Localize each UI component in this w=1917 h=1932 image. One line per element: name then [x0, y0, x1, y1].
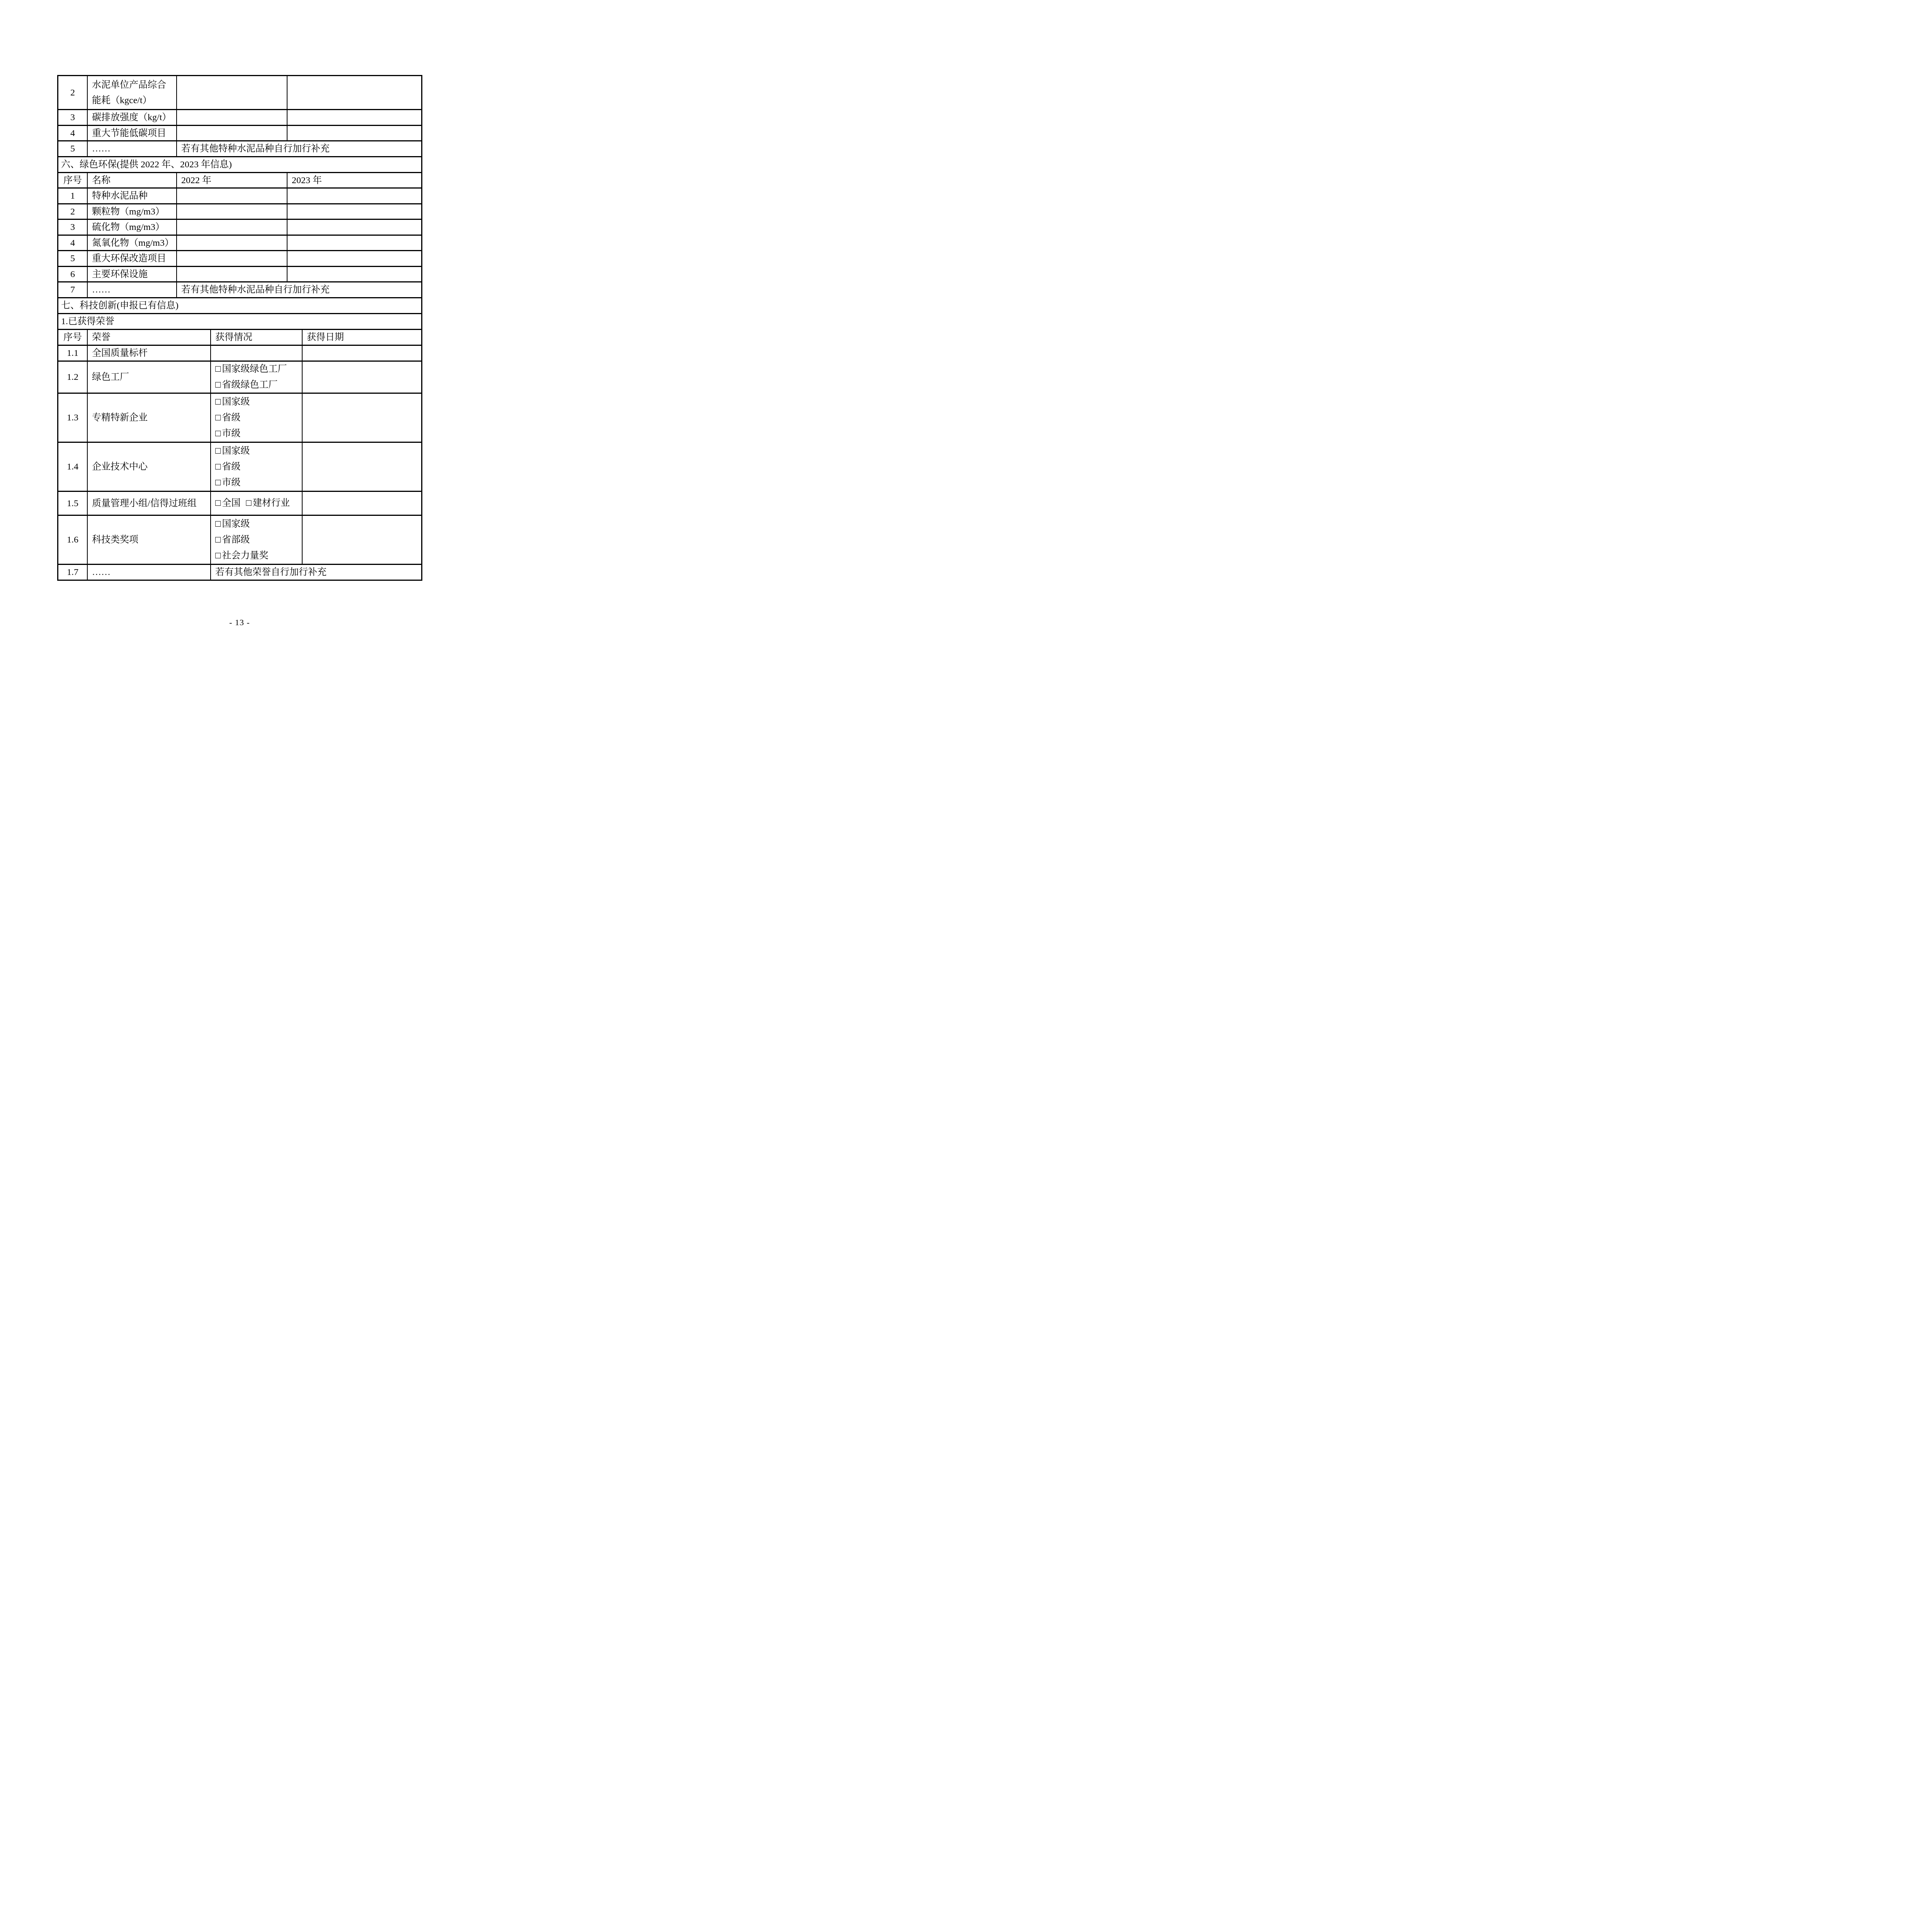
cell-serial: 5 [58, 141, 87, 156]
table-row: 4 重大节能低碳项目 [58, 125, 421, 140]
header-serial: 序号 [58, 173, 87, 187]
cell-serial: 2 [58, 76, 87, 109]
cell-serial: 1 [58, 189, 87, 203]
cell-note: 若有其他特种水泥品种自行加行补充 [176, 282, 421, 297]
cell-serial: 1.2 [58, 362, 87, 393]
cell-date [302, 443, 421, 491]
section-title: 七、科技创新(申报已有信息) [58, 298, 421, 313]
checkbox-option: □ 市级 [215, 426, 241, 442]
cell-serial: 1.5 [58, 492, 87, 515]
table-row: 1.2 绿色工厂 □ 国家级绿色工厂 □ 省级绿色工厂 [58, 361, 421, 393]
table-row: 5 重大环保改造项目 [58, 250, 421, 266]
cell-honor: 绿色工厂 [87, 362, 210, 393]
header-honor: 荣誉 [87, 330, 210, 345]
document-page: 2 水泥单位产品综合能耗（kgce/t） 3 碳排放强度（kg/t） 4 重大节… [0, 0, 479, 678]
cell-value-2022 [176, 189, 287, 203]
option-label: 建材行业 [253, 495, 290, 511]
page-number: - 13 - [0, 617, 479, 628]
checkbox-icon: □ [215, 377, 221, 393]
cell-date [302, 346, 421, 361]
section-subtitle: 1.已获得荣誉 [58, 314, 421, 329]
checkbox-option: □ 国家级 [215, 443, 250, 459]
table-row: 1.6 科技类奖项 □ 国家级 □ 省部级 □ 社会力量奖 [58, 515, 421, 564]
option-label: 省级 [222, 459, 241, 475]
section-title: 六、绿色环保(提供 2022 年、2023 年信息) [58, 157, 421, 172]
checkbox-option: □ 社会力量奖 [215, 548, 269, 564]
cell-serial: 7 [58, 282, 87, 297]
checkbox-option: □ 国家级 [215, 516, 250, 532]
checkbox-icon: □ [215, 426, 221, 442]
header-2022: 2022 年 [176, 173, 287, 187]
cell-serial: 6 [58, 267, 87, 281]
checkbox-icon: □ [215, 532, 221, 548]
checkbox-option: □ 全国 [215, 495, 241, 511]
table-row: 1.1 全国质量标杆 [58, 345, 421, 361]
cell-status: □ 全国 □ 建材行业 [210, 492, 302, 515]
header-2023: 2023 年 [287, 173, 421, 187]
cell-value-2023 [287, 110, 421, 125]
cell-name: …… [87, 141, 176, 156]
cell-honor: 专精特新企业 [87, 394, 210, 442]
cell-honor: …… [87, 565, 210, 580]
table-row: 3 硫化物（mg/m3） [58, 219, 421, 235]
table-row: 1.7 …… 若有其他荣誉自行加行补充 [58, 564, 421, 580]
table-row: 2 水泥单位产品综合能耗（kgce/t） [58, 76, 421, 109]
table-row: 序号 名称 2022 年 2023 年 [58, 172, 421, 187]
checkbox-icon: □ [215, 495, 221, 511]
cell-serial: 5 [58, 251, 87, 266]
cell-name: 硫化物（mg/m3） [87, 220, 176, 235]
option-label: 国家级绿色工厂 [222, 362, 287, 377]
table-row: 七、科技创新(申报已有信息) [58, 297, 421, 313]
table-row: 序号 荣誉 获得情况 获得日期 [58, 329, 421, 345]
cell-value-2023 [287, 267, 421, 281]
table-row: 1.5 质量管理小组/信得过班组 □ 全国 □ 建材行业 [58, 491, 421, 515]
checkbox-icon: □ [215, 362, 221, 377]
table-row: 1.3 专精特新企业 □ 国家级 □ 省级 □ 市级 [58, 393, 421, 442]
table-row: 1.已获得荣誉 [58, 313, 421, 329]
option-label: 省部级 [222, 532, 250, 548]
cell-status [210, 346, 302, 361]
checkbox-option: □ 国家级 [215, 394, 250, 410]
cell-status: □ 国家级 □ 省级 □ 市级 [210, 394, 302, 442]
cell-honor: 科技类奖项 [87, 516, 210, 564]
cell-value-2022 [176, 251, 287, 266]
cell-name: 碳排放强度（kg/t） [87, 110, 176, 125]
cell-value-2023 [287, 126, 421, 140]
header-date: 获得日期 [302, 330, 421, 345]
cell-serial: 1.6 [58, 516, 87, 564]
cell-date [302, 394, 421, 442]
option-label: 市级 [222, 426, 241, 442]
cell-serial: 3 [58, 110, 87, 125]
checkbox-icon: □ [215, 516, 221, 532]
checkbox-option: □ 省级 [215, 410, 241, 426]
cell-serial: 2 [58, 204, 87, 219]
cell-note: 若有其他荣誉自行加行补充 [210, 565, 421, 580]
table-row: 六、绿色环保(提供 2022 年、2023 年信息) [58, 156, 421, 172]
cell-serial: 1.7 [58, 565, 87, 580]
cell-value-2022 [176, 204, 287, 219]
cell-serial: 3 [58, 220, 87, 235]
cell-name: 氮氧化物（mg/m3） [87, 236, 176, 250]
cell-serial: 4 [58, 236, 87, 250]
option-label: 社会力量奖 [222, 548, 269, 564]
table-row: 5 …… 若有其他特种水泥品种自行加行补充 [58, 140, 421, 156]
cell-value-2023 [287, 204, 421, 219]
checkbox-option: □ 市级 [215, 475, 241, 491]
table-row: 7 …… 若有其他特种水泥品种自行加行补充 [58, 281, 421, 297]
checkbox-icon: □ [246, 495, 252, 511]
table-row: 2 颗粒物（mg/m3） [58, 203, 421, 219]
checkbox-option: □ 省级 [215, 459, 241, 475]
cell-name: 重大环保改造项目 [87, 251, 176, 266]
header-name: 名称 [87, 173, 176, 187]
cell-status: □ 国家级 □ 省部级 □ 社会力量奖 [210, 516, 302, 564]
header-status: 获得情况 [210, 330, 302, 345]
cell-name: …… [87, 282, 176, 297]
option-label: 国家级 [222, 394, 250, 410]
cell-serial: 1.3 [58, 394, 87, 442]
checkbox-option: □ 建材行业 [246, 495, 290, 511]
cell-value-2022 [176, 220, 287, 235]
header-serial: 序号 [58, 330, 87, 345]
cell-note: 若有其他特种水泥品种自行加行补充 [176, 141, 421, 156]
checkbox-icon: □ [215, 443, 221, 459]
checkbox-icon: □ [215, 410, 221, 426]
cell-value-2022 [176, 236, 287, 250]
cell-serial: 4 [58, 126, 87, 140]
option-label: 省级 [222, 410, 241, 426]
option-label: 国家级 [222, 443, 250, 459]
table-row: 6 主要环保设施 [58, 266, 421, 281]
cell-name: 主要环保设施 [87, 267, 176, 281]
cell-date [302, 516, 421, 564]
cell-name: 水泥单位产品综合能耗（kgce/t） [87, 76, 176, 109]
cell-name: 颗粒物（mg/m3） [87, 204, 176, 219]
cell-date [302, 362, 421, 393]
option-label: 全国 [222, 495, 241, 511]
cell-honor: 企业技术中心 [87, 443, 210, 491]
cell-value-2022 [176, 267, 287, 281]
checkbox-option-group: □ 全国 □ 建材行业 [215, 495, 290, 511]
cell-serial: 1.4 [58, 443, 87, 491]
option-label: 市级 [222, 475, 241, 491]
cell-value-2023 [287, 251, 421, 266]
checkbox-icon: □ [215, 475, 221, 491]
cell-honor: 质量管理小组/信得过班组 [87, 492, 210, 515]
checkbox-icon: □ [215, 459, 221, 475]
table-row: 1.4 企业技术中心 □ 国家级 □ 省级 □ 市级 [58, 442, 421, 491]
cell-serial: 1.1 [58, 346, 87, 361]
application-form-table: 2 水泥单位产品综合能耗（kgce/t） 3 碳排放强度（kg/t） 4 重大节… [57, 75, 422, 581]
checkbox-icon: □ [215, 548, 221, 564]
cell-value-2023 [287, 220, 421, 235]
cell-value-2023 [287, 189, 421, 203]
cell-value-2022 [176, 110, 287, 125]
checkbox-option: □ 省级绿色工厂 [215, 377, 278, 393]
table-row: 3 碳排放强度（kg/t） [58, 109, 421, 125]
table-row: 4 氮氧化物（mg/m3） [58, 235, 421, 250]
cell-value-2022 [176, 76, 287, 109]
checkbox-icon: □ [215, 394, 221, 410]
cell-value-2023 [287, 236, 421, 250]
checkbox-option: □ 国家级绿色工厂 [215, 362, 287, 377]
cell-value-2023 [287, 76, 421, 109]
option-label: 省级绿色工厂 [222, 377, 278, 393]
cell-status: □ 国家级 □ 省级 □ 市级 [210, 443, 302, 491]
checkbox-option: □ 省部级 [215, 532, 250, 548]
cell-value-2022 [176, 126, 287, 140]
table-row: 1 特种水泥品种 [58, 187, 421, 203]
cell-name: 重大节能低碳项目 [87, 126, 176, 140]
cell-status: □ 国家级绿色工厂 □ 省级绿色工厂 [210, 362, 302, 393]
cell-date [302, 492, 421, 515]
cell-name: 特种水泥品种 [87, 189, 176, 203]
option-label: 国家级 [222, 516, 250, 532]
cell-honor: 全国质量标杆 [87, 346, 210, 361]
